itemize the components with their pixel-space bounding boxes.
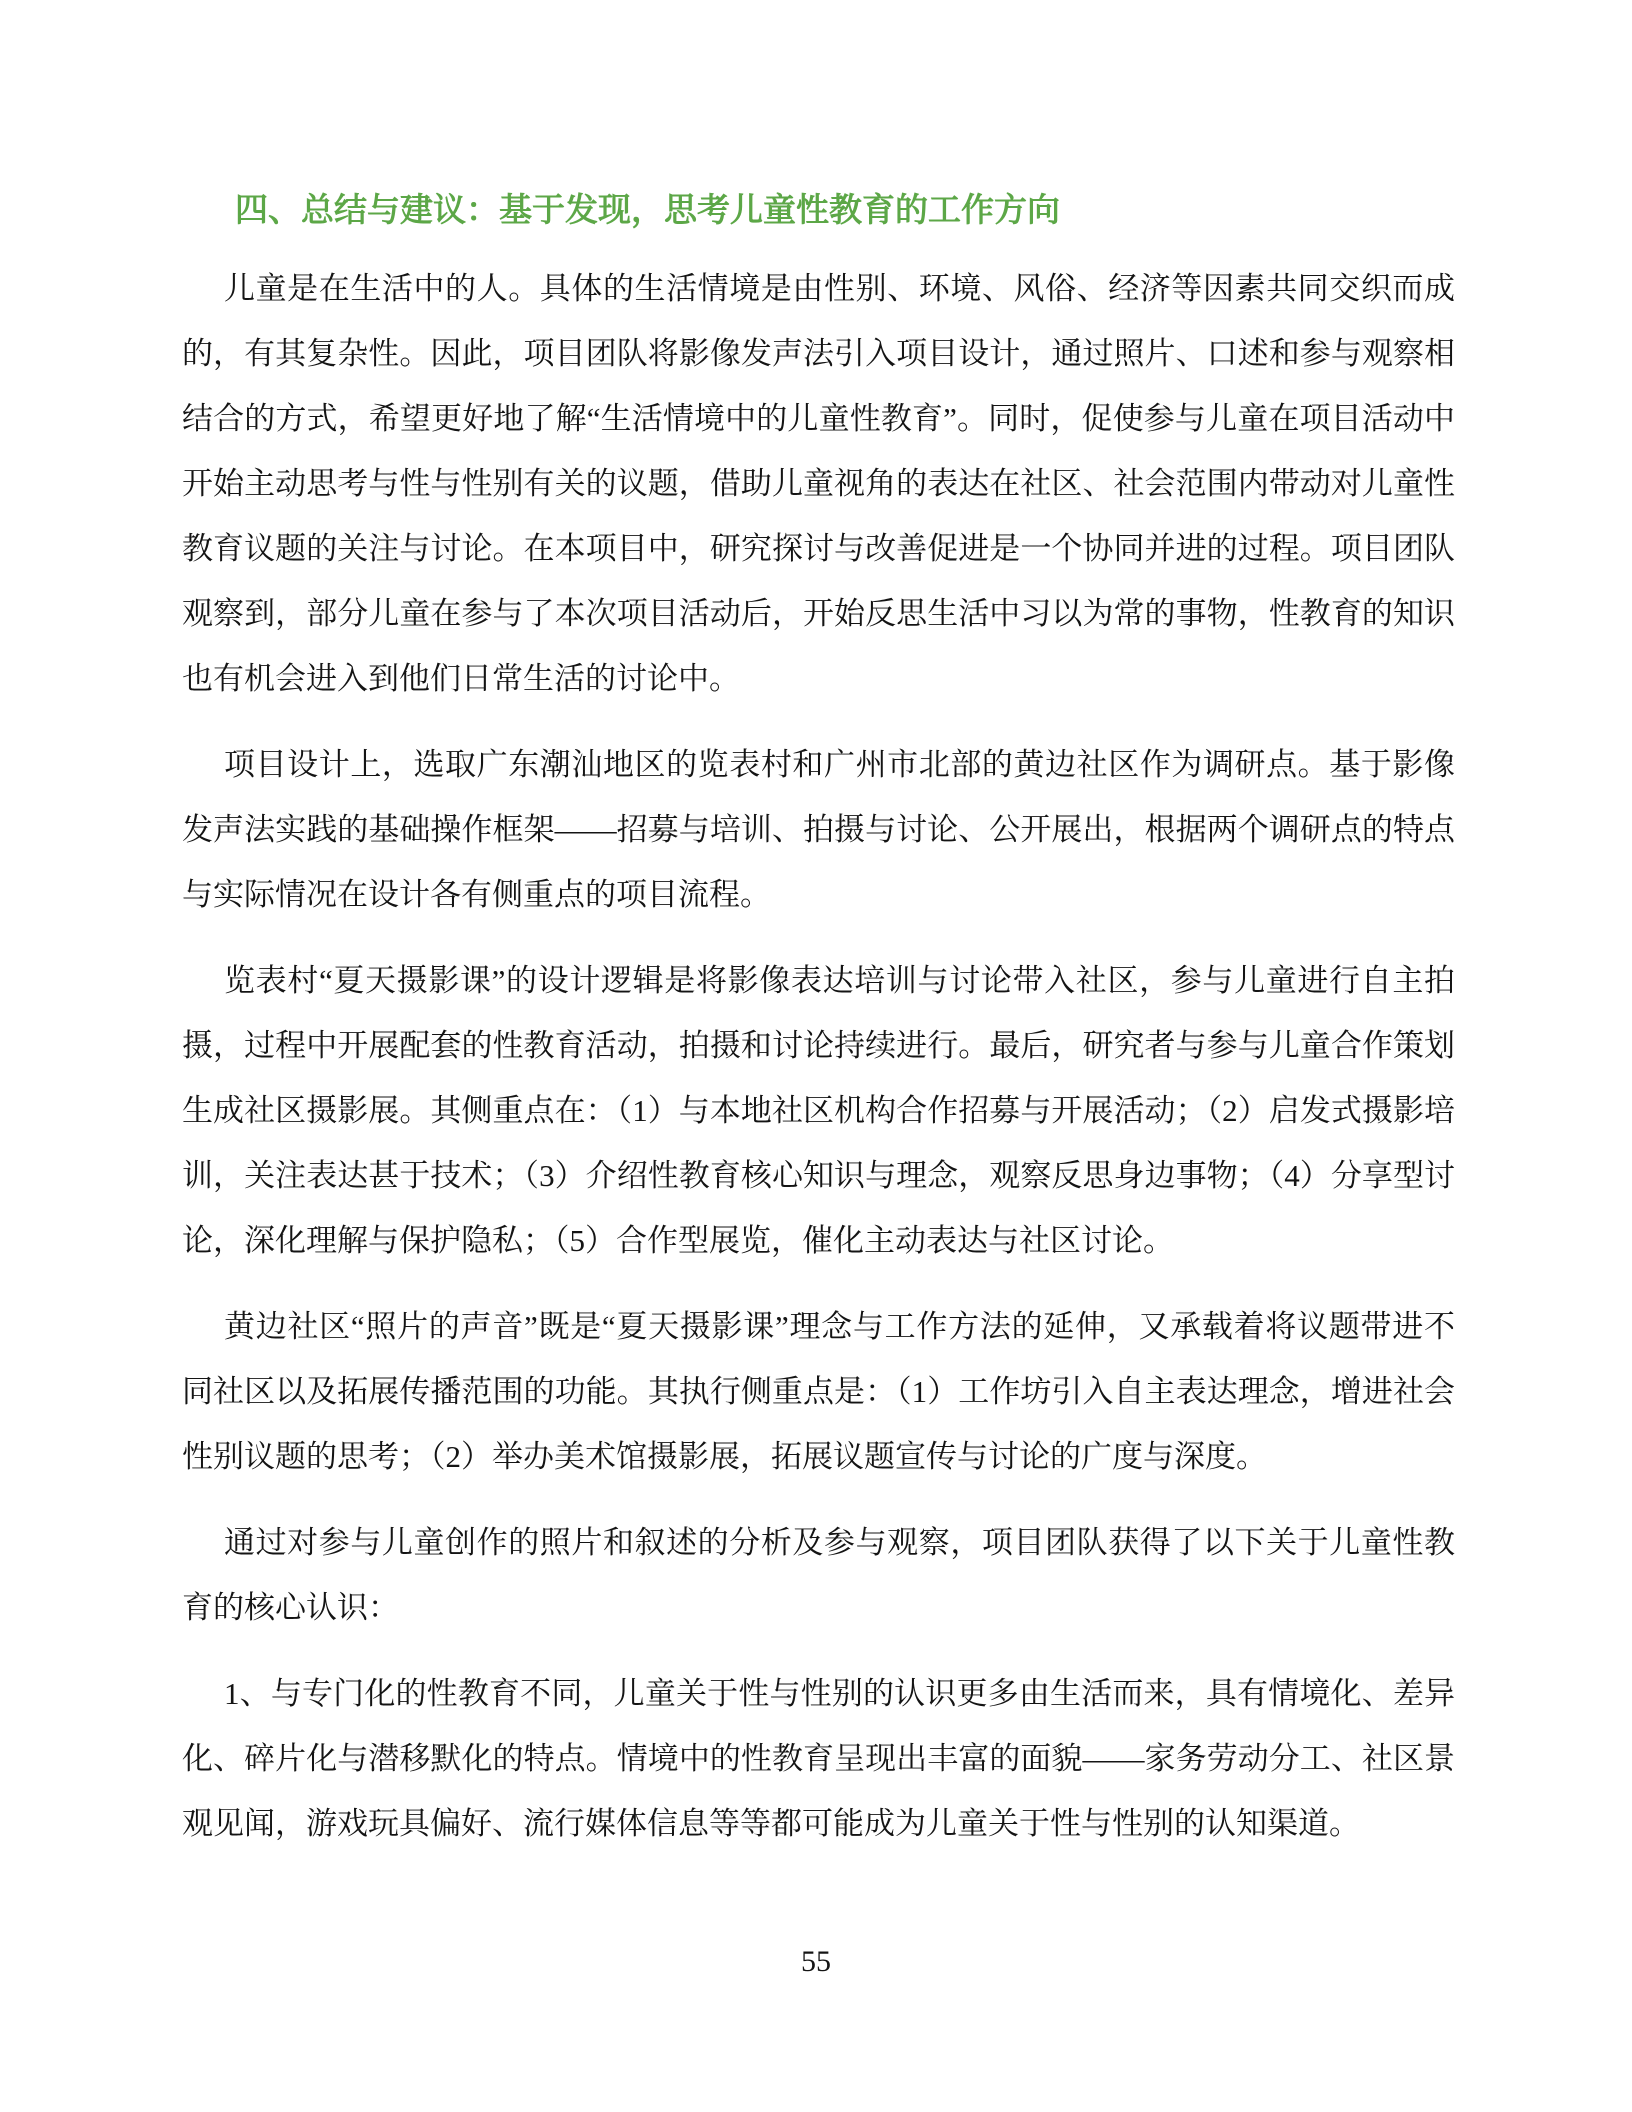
- body-paragraph-4: 黄边社区“照片的声音”既是“夏天摄影课”理念与工作方法的延伸，又承载着将议题带进…: [182, 1294, 1455, 1489]
- body-paragraph-1: 儿童是在生活中的人。具体的生活情境是由性别、环境、风俗、经济等因素共同交织而成的…: [182, 256, 1455, 711]
- section-heading: 四、总结与建议：基于发现，思考儿童性教育的工作方向: [182, 188, 1455, 232]
- page-number: 55: [0, 1942, 1632, 1982]
- body-paragraph-5: 通过对参与儿童创作的照片和叙述的分析及参与观察，项目团队获得了以下关于儿童性教育…: [182, 1510, 1455, 1640]
- body-paragraph-6: 1、与专门化的性教育不同，儿童关于性与性别的认识更多由生活而来，具有情境化、差异…: [182, 1661, 1455, 1856]
- body-paragraph-3: 览表村“夏天摄影课”的设计逻辑是将影像表达培训与讨论带入社区，参与儿童进行自主拍…: [182, 948, 1455, 1273]
- document-page: 四、总结与建议：基于发现，思考儿童性教育的工作方向 儿童是在生活中的人。具体的生…: [0, 0, 1632, 2112]
- body-paragraph-2: 项目设计上，选取广东潮汕地区的览表村和广州市北部的黄边社区作为调研点。基于影像发…: [182, 732, 1455, 927]
- page-content: 四、总结与建议：基于发现，思考儿童性教育的工作方向 儿童是在生活中的人。具体的生…: [182, 188, 1455, 1877]
